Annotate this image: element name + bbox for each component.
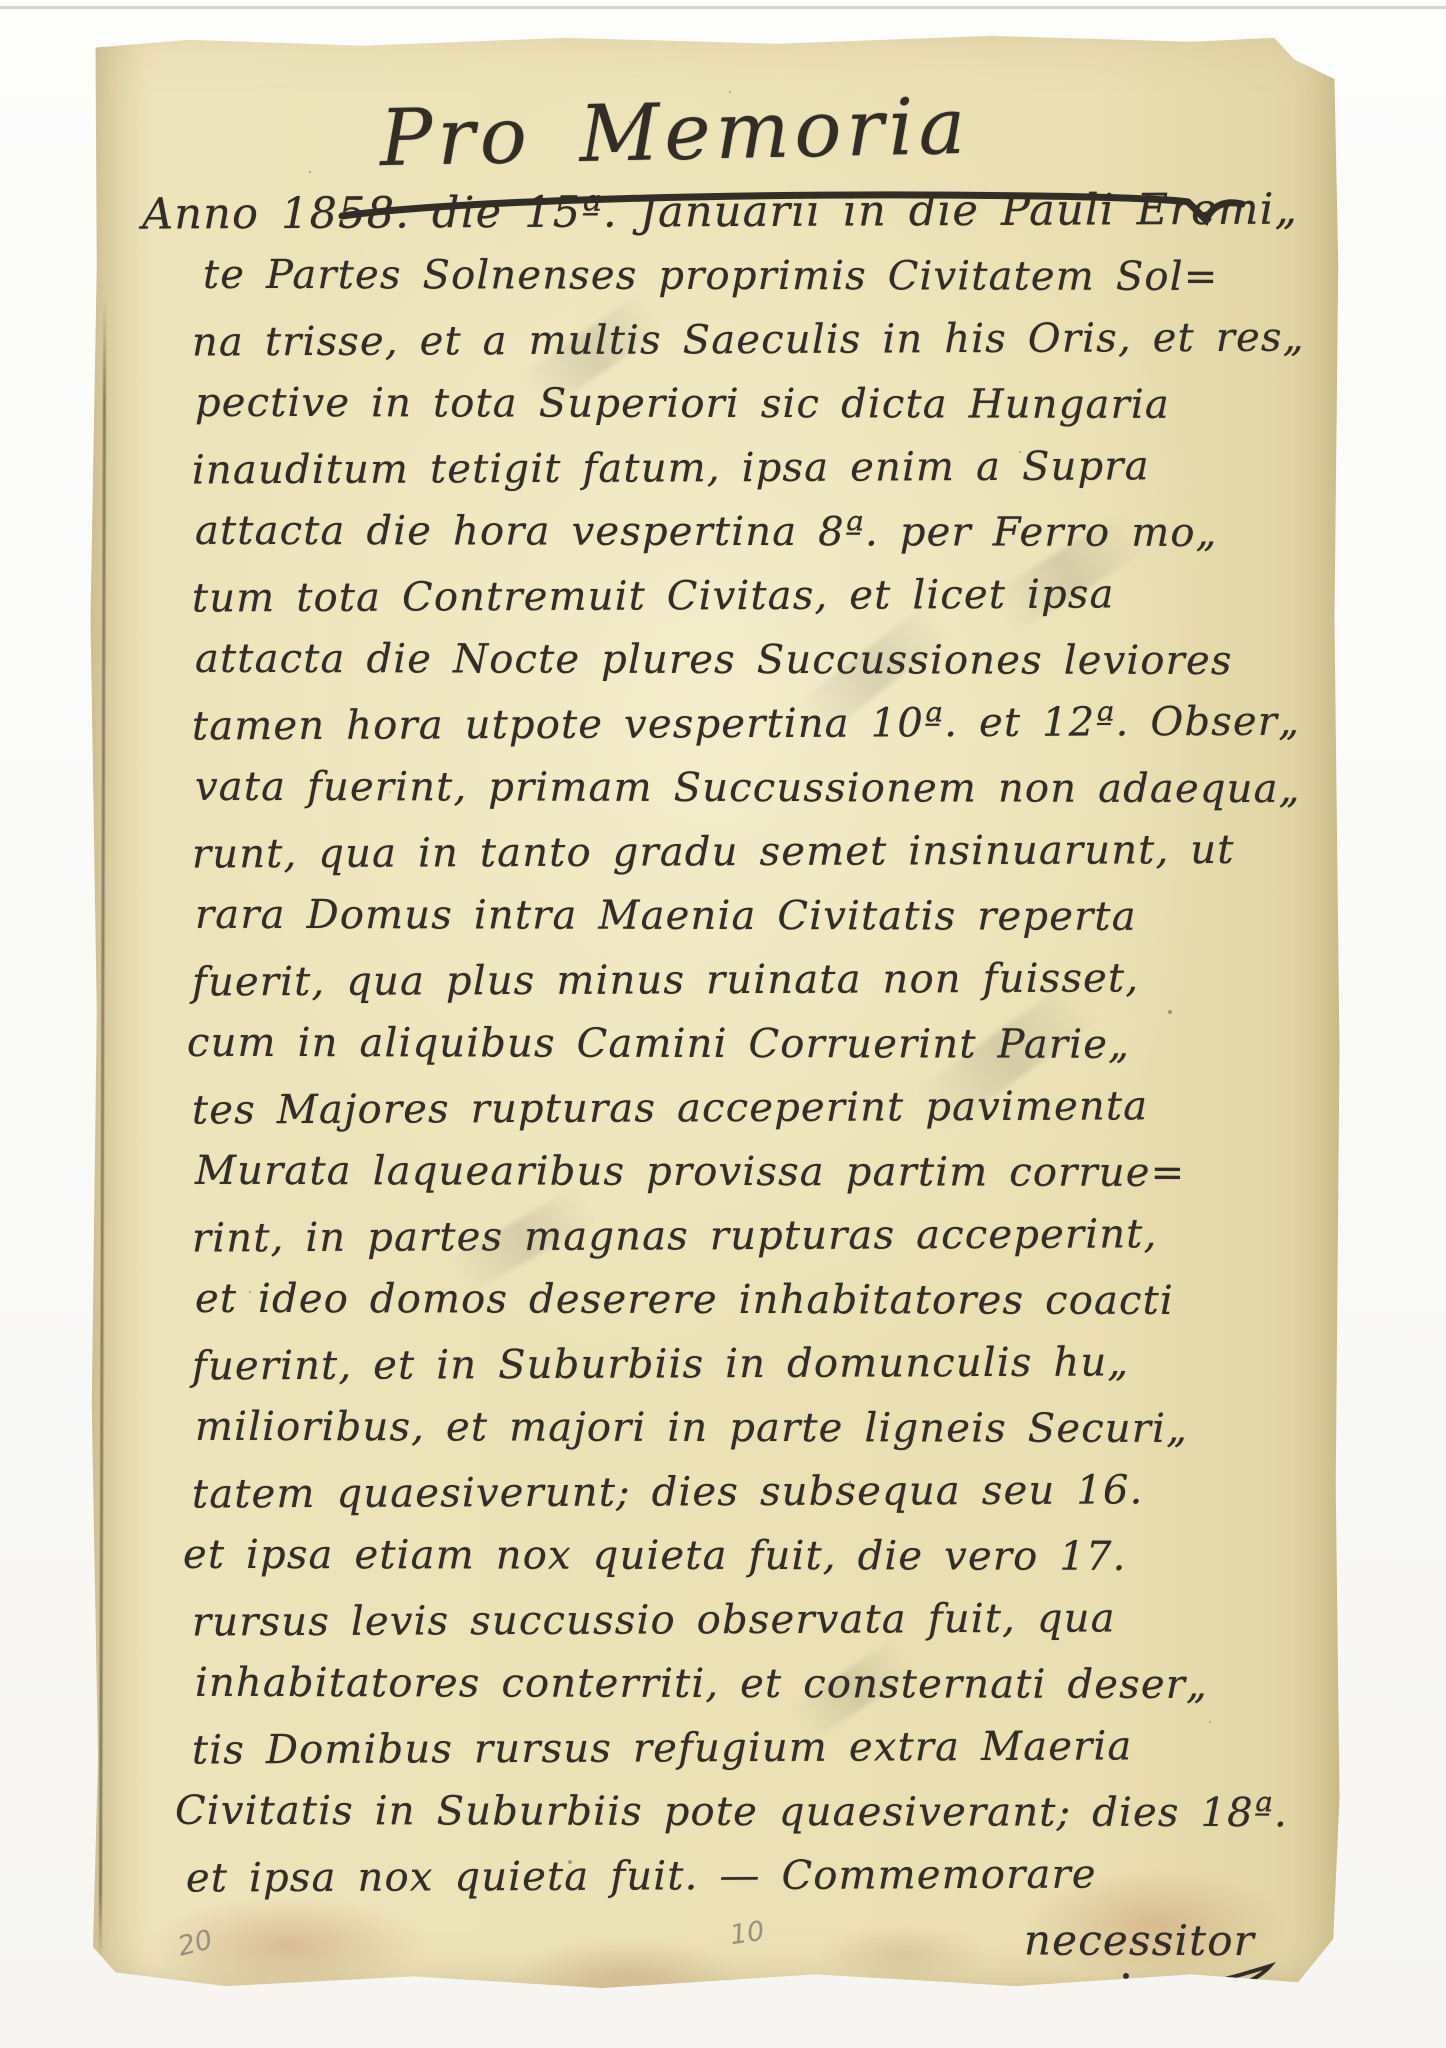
scan-edge-line [0,6,1446,9]
pencil-mark-center: 10 [728,1916,766,1951]
manuscript-line: rursus levis succussio observata fuit, q… [192,1586,1322,1655]
manuscript-line: attacta die Nocte plures Succussiones le… [195,627,1325,693]
document-title: Pro Memoria [47,75,1303,191]
manuscript-line: Anno 1858. die 15ª. Januarii in die Paul… [142,177,1322,246]
left-fold-crease [99,300,106,1960]
manuscript-line: rint, in partes magnas rupturas acceperi… [192,1202,1322,1271]
manuscript-line: Murata laquearibus provissa partim corru… [195,1139,1325,1205]
manuscript-line: tes Majores rupturas acceperint paviment… [192,1074,1322,1143]
manuscript-line: tatem quaesiverunt; dies subsequa seu 16… [192,1458,1322,1527]
manuscript-line: tis Domibus rursus refugium extra Maeria [192,1714,1322,1783]
manuscript-line: rara Domus intra Maenia Civitatis repert… [195,883,1325,949]
manuscript-line: tum tota Contremuit Civitas, et licet ip… [192,562,1322,631]
manuscript-line: Civitatis in Suburbiis pote quaesiverant… [175,1779,1325,1845]
manuscript-line: pective in tota Superiori sic dicta Hung… [195,371,1325,437]
manuscript-line: fuerint, et in Suburbiis in domunculis h… [192,1330,1322,1399]
manuscript-line: vata fuerint, primam Succussionem non ad… [195,755,1325,821]
manuscript-line: fuerit, qua plus minus ruinata non fuiss… [192,946,1322,1015]
manuscript-line: tamen hora utpote vespertina 10ª. et 12ª… [192,690,1322,759]
manuscript-text-block: Anno 1858. die 15ª. Januarii in die Paul… [192,180,1322,1972]
paper-specks [88,30,92,34]
manuscript-line: et ideo domos deserere inhabitatores coa… [195,1267,1325,1333]
manuscript-line: milioribus, et majori in parte ligneis S… [195,1395,1325,1461]
manuscript-line: runt, qua in tanto gradu semet insinuaru… [192,818,1322,887]
manuscript-line: na trisse, et a multis Saeculis in his O… [192,306,1322,375]
signature-flourish [948,1958,1288,2028]
manuscript-line: te Partes Solnenses proprimis Civitatem … [203,243,1325,309]
manuscript-line: inhabitatores conterriti, et consternati… [195,1651,1325,1717]
manuscript-line: et ipsa etiam nox quieta fuit, die vero … [183,1523,1325,1589]
manuscript-line: attacta die hora vespertina 8ª. per Ferr… [195,499,1325,565]
scanner-background: Pro Memoria Anno 1858. die 15ª. Januarii… [0,0,1446,2048]
manuscript-line: inauditum tetigit fatum, ipsa enim a Sup… [192,434,1322,503]
manuscript-line: cum in aliquibus Camini Corruerint Parie… [187,1011,1325,1077]
manuscript-line: et ipsa nox quieta fuit. — Commemorare [186,1842,1322,1911]
manuscript-paper: Pro Memoria Anno 1858. die 15ª. Januarii… [88,30,1342,1994]
